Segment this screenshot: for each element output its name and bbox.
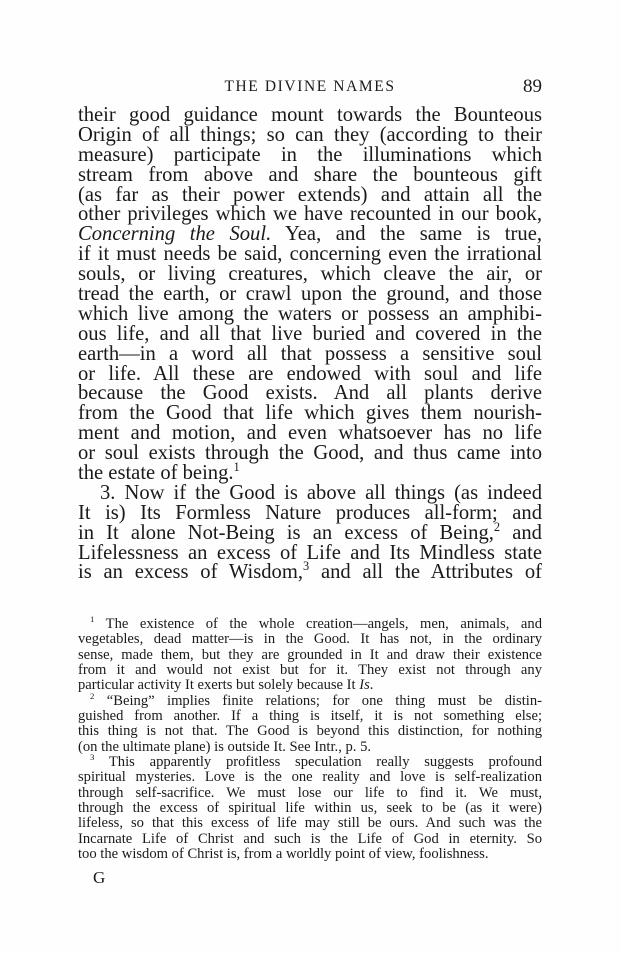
footnote-line: particular activity It exerts but solely… — [78, 678, 542, 693]
body-line: earth—in a word all that possess a sensi… — [78, 345, 542, 365]
footnote-line: Incarnate Life of Christ and such is the… — [78, 832, 542, 847]
footnote-reference: 1 — [234, 460, 240, 474]
body-line: is an excess of Wisdom,3 and all the Att… — [78, 563, 542, 583]
body-line: ous life, and all that live buried and c… — [78, 325, 542, 345]
page-number: 89 — [523, 76, 542, 98]
footnote-line: from it and would not exist but for it. … — [78, 663, 542, 678]
running-title: THE DIVINE NAMES — [78, 78, 542, 96]
book-page: THE DIVINE NAMES 89 their good guidance … — [0, 0, 621, 954]
footnote-line: spiritual mysteries. Love is the one rea… — [78, 770, 542, 785]
body-line: their good guidance mount towards the Bo… — [78, 106, 542, 126]
footnotes: 1 The existence of the whole creation—an… — [78, 617, 542, 863]
footnote-marker: 1 — [90, 614, 94, 624]
footnote-line: (on the ultimate plane) is outside It. S… — [78, 740, 542, 755]
body-line: It is) Its Formless Nature produces all-… — [78, 504, 542, 524]
footnote-line: 1 The existence of the whole creation—an… — [78, 617, 542, 632]
signature-mark: G — [93, 868, 105, 888]
body-line: which live among the waters or possess a… — [78, 305, 542, 325]
footnote-line: 3 This apparently profitless speculation… — [78, 755, 542, 770]
body-line: stream from above and share the bounteou… — [78, 166, 542, 186]
body-line: tread the earth, or crawl upon the groun… — [78, 285, 542, 305]
footnote-line: too the wisdom of Christ is, from a worl… — [78, 847, 542, 862]
body-text: their good guidance mount towards the Bo… — [78, 106, 542, 583]
footnote-line: sense, made them, but they are grounded … — [78, 648, 542, 663]
body-line: in It alone Not-Being is an excess of Be… — [78, 524, 542, 544]
footnote-line: this thing is not that. The Good is beyo… — [78, 724, 542, 739]
footnote-marker: 2 — [90, 691, 94, 701]
footnote-line: through self-sacrifice. We must lose our… — [78, 786, 542, 801]
book-title: Concerning the Soul. — [78, 223, 271, 245]
footnote-line: vegetables, dead matter—is in the Good. … — [78, 632, 542, 647]
footnote-marker: 3 — [90, 752, 94, 762]
footnote-line: through the excess of spiritual life wit… — [78, 801, 542, 816]
footnote-reference: 3 — [303, 560, 309, 574]
footnote-reference: 2 — [494, 520, 500, 534]
body-line: the estate of being.1 — [78, 464, 542, 484]
footnote-line: lifeless, so that this excess of life ma… — [78, 816, 542, 831]
body-line: measure) participate in the illumination… — [78, 146, 542, 166]
emphasis: Is — [359, 677, 370, 693]
body-line: 3. Now if the Good is above all things (… — [78, 484, 542, 504]
footnote-line: guished from another. If a thing is itse… — [78, 709, 542, 724]
body-line: Origin of all things; so can they (accor… — [78, 126, 542, 146]
running-head: THE DIVINE NAMES 89 — [78, 76, 542, 98]
footnote-line: 2 “Being” implies finite relations; for … — [78, 694, 542, 709]
